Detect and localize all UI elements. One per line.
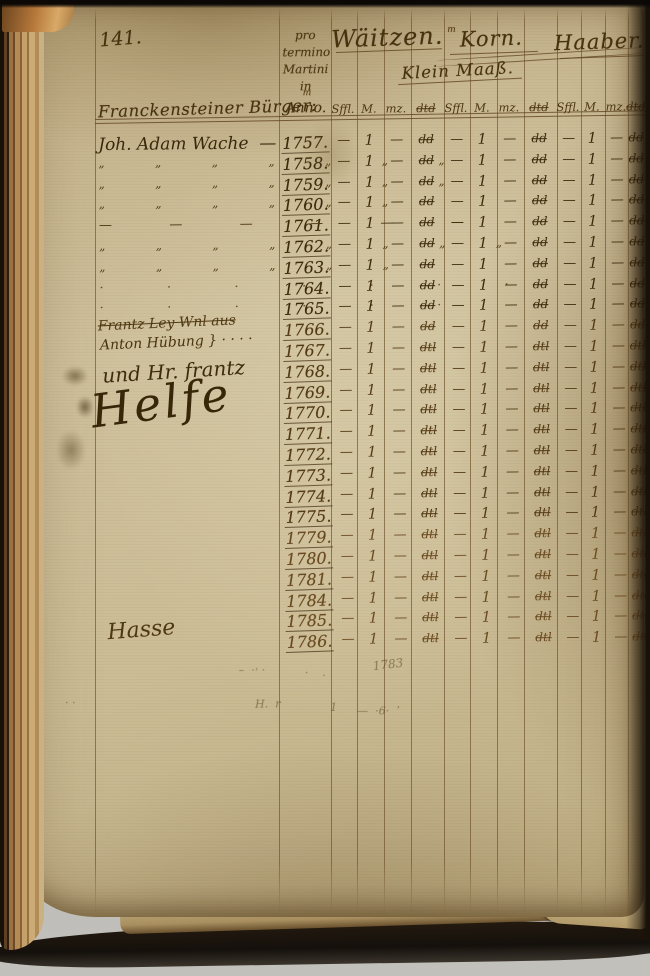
year-value: 1775.	[284, 507, 333, 529]
amount-cell: —	[498, 506, 526, 521]
amount-cell: dtl	[414, 382, 442, 396]
amount-cell: —	[330, 258, 358, 273]
amount-cell: dd	[527, 318, 555, 332]
amount-cell: —	[386, 590, 414, 605]
faded-mark: · ·	[65, 696, 76, 709]
amount-cell: 1	[471, 464, 499, 480]
year-value: 1771.	[283, 424, 332, 446]
amount-cell: 1	[468, 173, 496, 189]
faded-mark: 1	[330, 701, 337, 714]
amount-cell: dtl	[416, 610, 444, 624]
amount-cell: 1	[472, 610, 500, 626]
amount-cell: —	[332, 486, 360, 501]
amount-cell: dtl	[415, 444, 443, 458]
amount-cell: dd	[413, 236, 441, 250]
amount-cell: dtl	[415, 465, 443, 479]
amount-cell: 1	[357, 299, 385, 315]
amount-cell: dtl	[414, 361, 442, 375]
amount-cell: —	[332, 466, 360, 481]
amount-cell: —	[445, 444, 473, 459]
amount-cell: —	[443, 257, 471, 272]
amount-cell: 1	[472, 527, 500, 543]
amount-cell: —	[446, 569, 474, 584]
amount-cell: 1	[472, 548, 500, 564]
year-value: 1779.	[284, 528, 333, 550]
amount-cell: —	[495, 131, 523, 146]
amount-cell: 1	[472, 589, 500, 605]
amount-cell: —	[497, 381, 525, 396]
amount-cell: —	[499, 568, 527, 583]
amount-cell: 1	[357, 320, 385, 336]
amount-cell: —	[331, 320, 359, 335]
amount-cell: —	[445, 506, 473, 521]
amount-cell: —	[330, 237, 358, 252]
amount-cell: —	[498, 464, 526, 479]
owner-header: Franckensteiner Bürger:	[98, 96, 317, 121]
amount-cell: —	[385, 423, 413, 438]
amount-cell: dtl	[529, 526, 557, 540]
measure-subheader: dtd	[411, 101, 441, 115]
amount-cell: —	[386, 631, 414, 646]
year-value: 1784.	[285, 590, 334, 612]
amount-cell: 1	[468, 152, 496, 168]
amount-cell: —	[498, 422, 526, 437]
grain-title-waitzen: Wäitzen.	[329, 21, 446, 53]
faded-mark: – ·˒ ·	[239, 664, 265, 677]
year-value: 1786.	[285, 632, 334, 654]
amount-cell: —	[330, 278, 358, 293]
amount-cell: —	[499, 526, 527, 541]
amount-cell: —	[497, 339, 525, 354]
amount-cell: —	[445, 485, 473, 500]
amount-cell: dtl	[527, 381, 555, 395]
amount-cell: —	[444, 319, 472, 334]
measure-note: Klein Maaß.	[397, 58, 522, 85]
amount-cell: dtl	[414, 340, 442, 354]
amount-cell: dtl	[416, 527, 444, 541]
amount-cell: dd	[413, 194, 441, 208]
amount-cell: 1	[469, 256, 497, 272]
year-value: 1773.	[284, 465, 333, 487]
measure-subheader: M.	[467, 101, 497, 115]
amount-cell: 1	[470, 360, 498, 376]
amount-cell: dtl	[416, 548, 444, 562]
amount-cell: —	[384, 403, 412, 418]
amount-cell: —	[330, 195, 358, 210]
amount-cell: dtl	[416, 590, 444, 604]
amount-cell: —	[499, 610, 527, 625]
amount-cell: 1	[471, 485, 499, 501]
amount-cell: dd	[412, 174, 440, 188]
amount-cell: 1	[357, 382, 385, 398]
amount-cell: —	[444, 381, 472, 396]
amount-cell: dd	[526, 193, 554, 207]
amount-cell: —	[331, 299, 359, 314]
amount-cell: —	[331, 403, 359, 418]
book-page-edges	[0, 0, 44, 950]
amount-cell: dd	[412, 153, 440, 167]
amount-cell: —	[446, 527, 474, 542]
amount-cell: —	[385, 465, 413, 480]
faded-mark: · .	[305, 666, 326, 679]
amount-cell: dtl	[529, 547, 557, 561]
amount-cell: dd	[526, 256, 554, 270]
amount-cell: —	[385, 507, 413, 522]
year-value: 1768.	[283, 361, 332, 383]
amount-cell: —	[382, 153, 410, 168]
year-value: 1781.	[285, 569, 334, 591]
amount-cell: dd	[413, 278, 441, 292]
ink-stain	[76, 396, 94, 418]
amount-cell: —	[445, 423, 473, 438]
amount-cell: dtl	[414, 402, 442, 416]
amount-cell: dtl	[415, 506, 443, 520]
amount-cell: —	[495, 173, 523, 188]
amount-cell: —	[331, 341, 359, 356]
amount-cell: —	[497, 360, 525, 375]
name-column-entry: „ „ „ „ „ „ „	[98, 175, 278, 191]
amount-cell: 1	[359, 632, 387, 648]
amount-cell: —	[499, 589, 527, 604]
amount-cell: dd	[413, 215, 441, 229]
amount-cell: —	[384, 361, 412, 376]
amount-cell: dd	[526, 235, 554, 249]
amount-cell: 1	[359, 569, 387, 585]
amount-cell: dtl	[529, 568, 557, 582]
ledger-photo: 141.proterminoMartiniinmAnno.Franckenste…	[0, 0, 650, 976]
amount-cell: —	[384, 299, 412, 314]
amount-cell: dd	[525, 152, 553, 166]
amount-cell: —	[383, 215, 411, 230]
amount-cell: 1	[359, 590, 387, 606]
amount-cell: —	[333, 611, 361, 626]
page-number: 141.	[98, 26, 142, 51]
name-column-entry: „ „ „ „ „ „	[99, 258, 279, 274]
amount-cell: dtl	[528, 505, 556, 519]
year-value: 1769.	[283, 382, 332, 404]
amount-cell: dtl	[416, 631, 444, 645]
amount-cell: 1	[472, 631, 500, 647]
amount-cell: —	[499, 547, 527, 562]
year-value: 1766.	[283, 320, 332, 342]
amount-cell: —	[446, 548, 474, 563]
amount-cell: dtl	[416, 569, 444, 583]
amount-cell: —	[382, 132, 410, 147]
amount-cell: —	[386, 527, 414, 542]
amount-cell: —	[499, 630, 527, 645]
amount-cell: —	[444, 298, 472, 313]
ledger-row: 1786.—1—dtl—1—dtl—1—dtl	[4, 629, 650, 656]
amount-cell: —	[331, 382, 359, 397]
amount-cell: 1	[357, 361, 385, 377]
amount-cell: dtl	[527, 401, 555, 415]
amount-cell: 1	[358, 465, 386, 481]
amount-cell: 1	[469, 194, 497, 210]
amount-cell: 1	[470, 381, 498, 397]
amount-cell: dd	[414, 319, 442, 333]
amount-cell: —	[386, 569, 414, 584]
amount-cell: dtl	[528, 485, 556, 499]
amount-cell: —	[496, 277, 524, 292]
amount-cell: 1	[469, 236, 497, 252]
amount-cell: —	[383, 278, 411, 293]
amount-cell: dtl	[528, 464, 556, 478]
amount-cell: dd	[525, 173, 553, 187]
amount-cell: dd	[414, 298, 442, 312]
amount-cell: 1	[357, 403, 385, 419]
amount-cell: —	[444, 361, 472, 376]
amount-cell: —	[445, 465, 473, 480]
amount-cell: —	[383, 257, 411, 272]
paper-stain	[300, 120, 360, 190]
amount-cell: dd	[526, 277, 554, 291]
amount-cell: —	[330, 216, 358, 231]
amount-cell: dtl	[527, 339, 555, 353]
amount-cell: —	[384, 340, 412, 355]
amount-cell: 1	[471, 444, 499, 460]
amount-cell: —	[446, 631, 474, 646]
year-value: 1780.	[284, 548, 333, 570]
faded-mark: 1783	[372, 656, 404, 673]
amount-cell: —	[446, 610, 474, 625]
amount-cell: dd	[527, 297, 555, 311]
amount-cell: 1	[356, 216, 384, 232]
amount-cell: 1	[468, 132, 496, 148]
amount-cell: dd	[413, 257, 441, 271]
measure-subheader: mz.	[494, 100, 524, 114]
amount-cell: —	[332, 424, 360, 439]
amount-cell: —	[498, 485, 526, 500]
amount-cell: —	[442, 132, 470, 147]
page-gutter-shadow	[626, 0, 650, 940]
amount-cell: dd	[525, 131, 553, 145]
amount-cell: —	[442, 153, 470, 168]
amount-cell: —	[497, 318, 525, 333]
amount-cell: 1	[470, 340, 498, 356]
amount-cell: 1	[472, 568, 500, 584]
amount-cell: 1	[359, 528, 387, 544]
faded-mark: — ·6· ʼ	[357, 704, 400, 717]
faded-mark: H. r	[255, 697, 280, 710]
amount-cell: dtl	[529, 630, 557, 644]
amount-cell: 1	[356, 278, 384, 294]
margin-annotation: Hasse	[107, 615, 177, 645]
amount-cell: dtl	[415, 423, 443, 437]
amount-cell: 1	[470, 298, 498, 314]
name-column-entry: · · · · · · ·	[99, 279, 279, 296]
amount-cell: —	[383, 195, 411, 210]
year-value: 1785.	[285, 611, 334, 633]
amount-cell: dd	[412, 132, 440, 146]
amount-cell: —	[385, 486, 413, 501]
amount-cell: —	[382, 174, 410, 189]
name-column-entry: „ „ „ „ „ „	[99, 196, 279, 212]
amount-cell: —	[332, 507, 360, 522]
amount-cell: dtl	[527, 360, 555, 374]
amount-cell: —	[496, 194, 524, 209]
grain-superscript-mark: m	[447, 25, 456, 35]
amount-cell: 1	[469, 215, 497, 231]
name-column-entry: — — — — — —	[99, 217, 279, 234]
amount-cell: 1	[356, 257, 384, 273]
amount-cell: dtl	[529, 609, 557, 623]
year-value: 1772.	[284, 444, 333, 466]
amount-cell: 1	[358, 507, 386, 523]
book-top-edge	[0, 0, 650, 8]
amount-cell: dtl	[415, 486, 443, 500]
amount-cell: —	[333, 590, 361, 605]
amount-cell: —	[497, 402, 525, 417]
year-value: 1770.	[283, 403, 332, 425]
amount-cell: —	[384, 382, 412, 397]
amount-cell: —	[385, 444, 413, 459]
amount-cell: —	[497, 298, 525, 313]
amount-cell: —	[496, 235, 524, 250]
year-value: 1767.	[283, 340, 332, 362]
amount-cell: 1	[356, 237, 384, 253]
amount-cell: —	[444, 340, 472, 355]
amount-cell: —	[444, 402, 472, 417]
amount-cell: 1	[355, 174, 383, 190]
amount-cell: dtl	[529, 589, 557, 603]
amount-cell: —	[498, 443, 526, 458]
measure-subheader: M.	[354, 102, 384, 116]
name-column-entry: „ „ „ „ „ „ „	[98, 154, 278, 170]
amount-cell: dd	[526, 214, 554, 228]
amount-cell: —	[443, 236, 471, 251]
amount-cell: —	[443, 215, 471, 230]
amount-cell: —	[332, 445, 360, 460]
amount-cell: 1	[358, 424, 386, 440]
measure-subheader: mz.	[381, 101, 411, 115]
amount-cell: 1	[357, 341, 385, 357]
amount-cell: —	[446, 589, 474, 604]
amount-cell: —	[386, 548, 414, 563]
name-column-entry: „ „ „ „ „ „ „ „	[99, 237, 279, 253]
amount-cell: —	[443, 194, 471, 209]
amount-cell: —	[495, 152, 523, 167]
amount-cell: 1	[358, 445, 386, 461]
amount-cell: 1	[471, 423, 499, 439]
ink-stain	[56, 430, 86, 470]
amount-cell: —	[442, 173, 470, 188]
amount-cell: 1	[470, 319, 498, 335]
amount-cell: —	[333, 549, 361, 564]
year-value: 1774.	[284, 486, 333, 508]
amount-cell: 1	[359, 611, 387, 627]
amount-cell: 1	[470, 402, 498, 418]
amount-cell: —	[443, 277, 471, 292]
amount-cell: —	[331, 362, 359, 377]
amount-cell: —	[333, 570, 361, 585]
amount-cell: —	[383, 236, 411, 251]
term-header-line: Martini	[282, 62, 328, 76]
amount-cell: 1	[356, 195, 384, 211]
amount-cell: 1	[355, 133, 383, 149]
amount-cell: 1	[358, 486, 386, 502]
amount-cell: —	[333, 632, 361, 647]
term-header-line: termino	[282, 45, 328, 59]
measure-subheader: dtd	[524, 100, 554, 114]
amount-cell: —	[386, 611, 414, 626]
amount-cell: dtl	[528, 422, 556, 436]
ink-stain	[62, 366, 88, 386]
amount-cell: —	[384, 319, 412, 334]
amount-cell: dtl	[528, 443, 556, 457]
amount-cell: 1	[469, 277, 497, 293]
amount-cell: 1	[359, 549, 387, 565]
amount-cell: —	[496, 256, 524, 271]
amount-cell: —	[496, 214, 524, 229]
name-column-entry: Joh. Adam Wache —	[98, 133, 278, 155]
term-header-line: pro	[282, 28, 328, 42]
amount-cell: —	[333, 528, 361, 543]
amount-cell: 1	[471, 506, 499, 522]
